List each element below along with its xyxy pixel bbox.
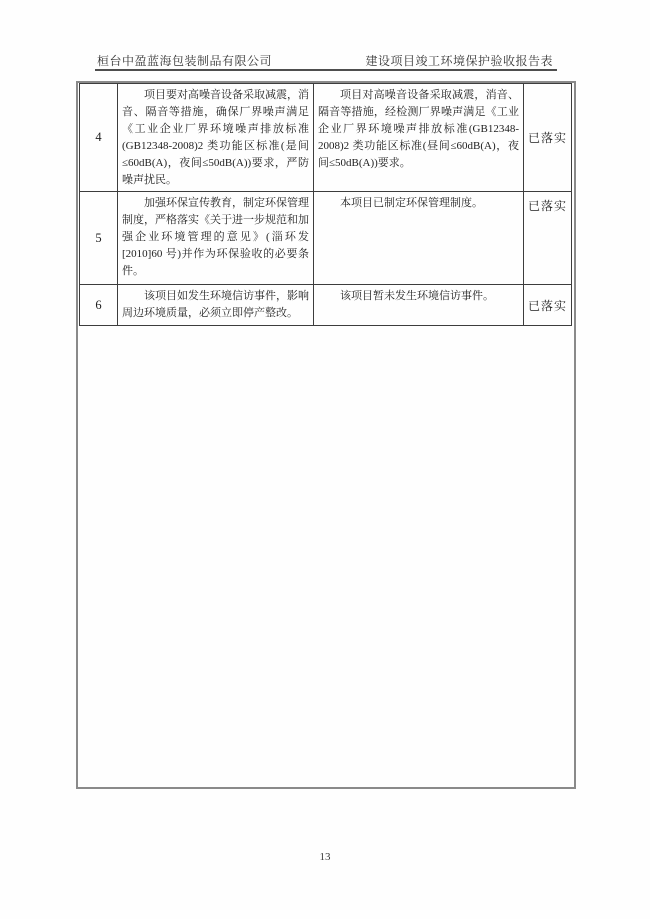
header-rule bbox=[95, 69, 557, 71]
status-cell: 已落实 bbox=[524, 192, 572, 285]
implementation-cell: 该项目暂未发生环境信访事件。 bbox=[314, 285, 524, 326]
requirement-cell: 加强环保宣传教育，制定环保管理制度，严格落实《关于进一步规范和加强企业环境管理的… bbox=[118, 192, 314, 285]
header-company-name: 桓台中盈蓝海包装制品有限公司 bbox=[97, 52, 272, 69]
form-frame: 4 项目要对高噪音设备采取减震，消音、隔音等措施，确保厂界噪声满足《工业企业厂界… bbox=[76, 81, 576, 789]
document-page: 桓台中盈蓝海包装制品有限公司 建设项目竣工环境保护验收报告表 4 项目要对高噪音… bbox=[0, 0, 650, 919]
implementation-text: 本项目已制定环保管理制度。 bbox=[318, 195, 519, 212]
requirement-cell: 项目要对高噪音设备采取减震，消音、隔音等措施，确保厂界噪声满足《工业企业厂界环境… bbox=[118, 84, 314, 192]
status-cell: 已落实 bbox=[524, 84, 572, 192]
implementation-text: 该项目暂未发生环境信访事件。 bbox=[318, 288, 519, 305]
row-number-cell: 6 bbox=[80, 285, 118, 326]
requirement-text: 该项目如发生环境信访事件，影响周边环境质量，必须立即停产整改。 bbox=[122, 288, 309, 322]
status-cell: 已落实 bbox=[524, 285, 572, 326]
implementation-cell: 本项目已制定环保管理制度。 bbox=[314, 192, 524, 285]
implementation-cell: 项目对高噪音设备采取减震，消音、隔音等措施，经检测厂界噪声满足《工业企业厂界环境… bbox=[314, 84, 524, 192]
page-number: 13 bbox=[320, 851, 331, 863]
compliance-table: 4 项目要对高噪音设备采取减震，消音、隔音等措施，确保厂界噪声满足《工业企业厂界… bbox=[79, 83, 572, 326]
header-report-title: 建设项目竣工环境保护验收报告表 bbox=[365, 52, 553, 69]
requirement-cell: 该项目如发生环境信访事件，影响周边环境质量，必须立即停产整改。 bbox=[118, 285, 314, 326]
table-row: 4 项目要对高噪音设备采取减震，消音、隔音等措施，确保厂界噪声满足《工业企业厂界… bbox=[80, 84, 572, 192]
row-number-cell: 4 bbox=[80, 84, 118, 192]
requirement-text: 项目要对高噪音设备采取减震，消音、隔音等措施，确保厂界噪声满足《工业企业厂界环境… bbox=[122, 87, 309, 189]
table-row: 6 该项目如发生环境信访事件，影响周边环境质量，必须立即停产整改。 该项目暂未发… bbox=[80, 285, 572, 326]
page-footer: 13 bbox=[0, 851, 650, 863]
table-row: 5 加强环保宣传教育，制定环保管理制度，严格落实《关于进一步规范和加强企业环境管… bbox=[80, 192, 572, 285]
implementation-text: 项目对高噪音设备采取减震，消音、隔音等措施，经检测厂界噪声满足《工业企业厂界环境… bbox=[318, 87, 519, 172]
requirement-text: 加强环保宣传教育，制定环保管理制度，严格落实《关于进一步规范和加强企业环境管理的… bbox=[122, 195, 309, 280]
row-number-cell: 5 bbox=[80, 192, 118, 285]
